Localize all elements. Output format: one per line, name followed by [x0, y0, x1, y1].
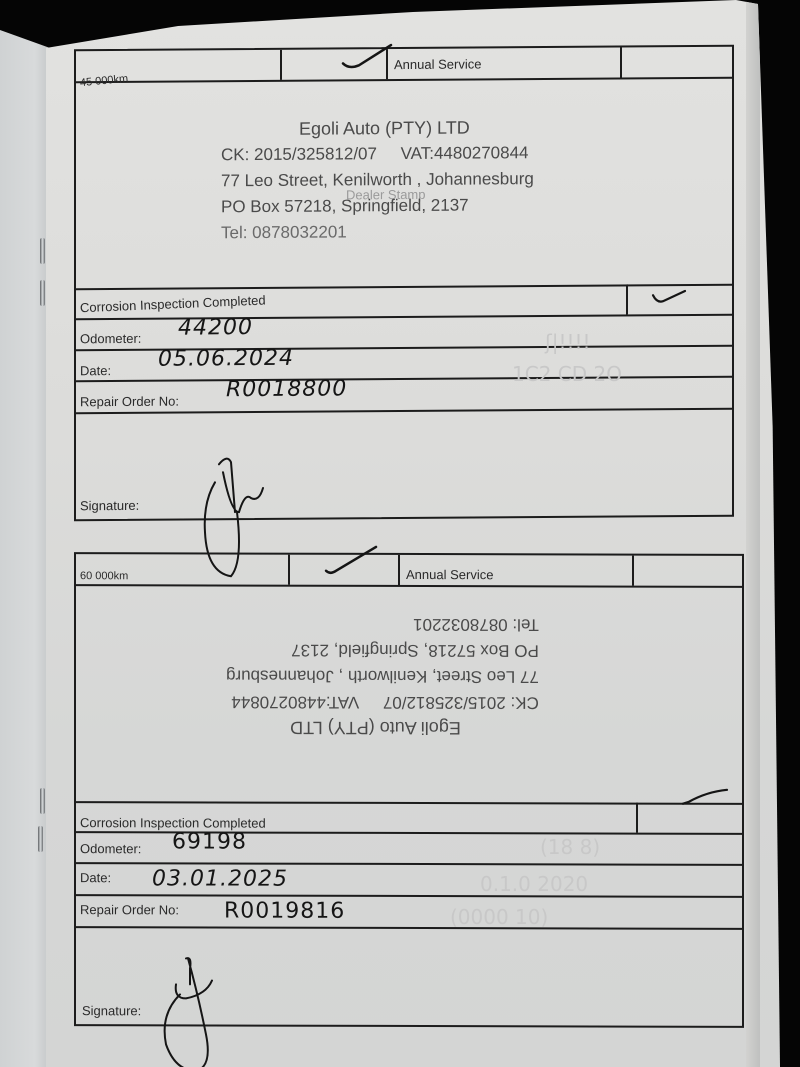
dealer-ck-vat: CK: 2015/325812/07 VAT:4480270844 [226, 689, 539, 716]
page-edge [746, 0, 760, 1067]
dealer-ck-vat: CK: 2015/325812/07 VAT:4480270844 [221, 140, 534, 168]
annual-service-cell: Annual Service [400, 555, 634, 586]
repair-order-value[interactable]: R0018800 [226, 376, 347, 402]
show-through-text: (0000 10) [450, 905, 548, 929]
repair-order-value[interactable]: R0019816 [224, 899, 345, 924]
service-check-cell[interactable] [282, 49, 388, 80]
repair-order-label: Repair Order No: [80, 394, 179, 410]
odometer-row: Odometer: 69198 [76, 833, 742, 866]
show-through-text: ʃ|!!!! [545, 330, 591, 354]
corrosion-label: Corrosion Inspection Completed [80, 292, 266, 315]
dealer-address: 77 Leo Street, Kenilworth , Johannesburg [221, 166, 534, 194]
odometer-label: Odometer: [80, 331, 141, 346]
dealer-stamp: Egoli Auto (PTY) LTD CK: 2015/325812/07 … [221, 114, 534, 246]
repair-order-row: Repair Order No: R0018800 [76, 378, 732, 415]
date-label: Date: [80, 363, 111, 378]
dealer-stamp-upside-down: Egoli Auto (PTY) LTD CK: 2015/325812/07 … [226, 611, 539, 742]
date-value[interactable]: 05.06.2024 [158, 346, 294, 372]
odometer-value[interactable]: 44200 [178, 315, 253, 341]
dealer-tel: Tel: 0878032201 [221, 218, 534, 246]
corrosion-row: Corrosion Inspection Completed [76, 284, 732, 321]
dealer-name: Egoli Auto (PTY) LTD [221, 114, 534, 142]
left-page-edge [0, 30, 50, 1067]
staple [40, 280, 45, 306]
signature-label: Signature: [80, 498, 139, 513]
staple [40, 238, 45, 264]
service-record-45000: 45 000km Annual Service Dealer Stamp Ego… [74, 45, 734, 522]
dealer-name: Egoli Auto (PTY) LTD [226, 715, 539, 742]
date-value[interactable]: 03.01.2025 [152, 866, 288, 891]
staple [40, 788, 45, 814]
corrosion-label: Corrosion Inspection Completed [80, 815, 266, 830]
annual-service-cell: Annual Service [388, 47, 622, 79]
staple [38, 826, 43, 852]
signature-area[interactable]: Signature: [76, 410, 732, 520]
signature-label: Signature: [82, 1003, 141, 1018]
show-through-text: 0.1.0 2020 [480, 872, 588, 896]
date-row: Date: 05.06.2024 [76, 347, 732, 383]
date-label: Date: [80, 870, 111, 885]
show-through-text: (18 8) [540, 835, 600, 859]
corrosion-checkbox[interactable] [638, 803, 742, 833]
annual-service-label: Annual Service [406, 567, 493, 582]
date-row: Date: 03.01.2025 [76, 864, 742, 898]
header-row: 45 000km Annual Service [76, 47, 732, 84]
service-record-60000: 60 000km Annual Service Egoli Auto (PTY)… [74, 552, 744, 1028]
interval-label: 60 000km [80, 570, 128, 582]
header-row: 60 000km Annual Service [76, 554, 742, 588]
corrosion-checkbox[interactable] [628, 284, 732, 315]
dealer-po-box: PO Box 57218, Springfield, 2137 [221, 192, 534, 220]
dealer-stamp-area: Dealer Stamp Egoli Auto (PTY) LTD CK: 20… [76, 79, 732, 291]
odometer-label: Odometer: [80, 841, 141, 856]
odometer-value[interactable]: 69198 [172, 829, 247, 854]
dealer-po-box: PO Box 57218, Springfield, 2137 [226, 637, 539, 664]
service-check-cell[interactable] [290, 555, 400, 585]
annual-service-label: Annual Service [394, 56, 481, 72]
signature-area[interactable]: Signature: [76, 928, 742, 1026]
dealer-stamp-area: Egoli Auto (PTY) LTD CK: 2015/325812/07 … [76, 586, 742, 805]
dealer-address: 77 Leo Street, Kenilworth , Johannesburg [226, 663, 539, 690]
interval-cell: 60 000km [76, 554, 290, 585]
repair-order-label: Repair Order No: [80, 902, 179, 917]
repair-order-row: Repair Order No: R0019816 [76, 896, 742, 930]
interval-cell: 45 000km [76, 50, 282, 81]
dealer-tel: Tel: 0878032201 [226, 611, 539, 638]
show-through-text: 1C2 CD 2O [512, 362, 622, 386]
